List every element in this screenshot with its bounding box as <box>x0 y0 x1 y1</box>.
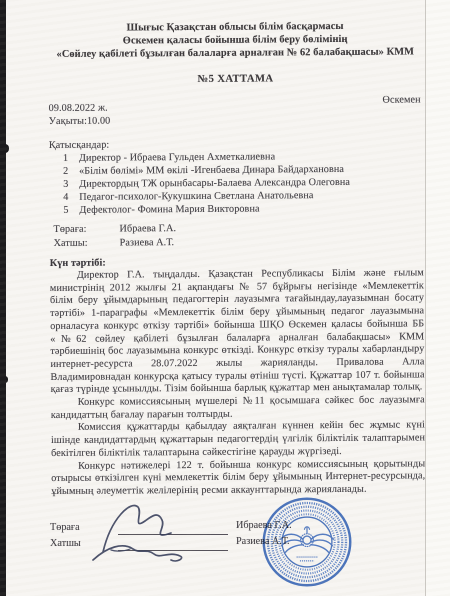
handwritten-signature <box>81 494 236 569</box>
org-header-line3: «Сөйлеу қабілеті бұзылған балаларға арна… <box>48 45 422 61</box>
document-title: №5 ХАТТАМА <box>48 72 422 87</box>
participant-number: 3 <box>63 179 79 192</box>
agenda-paragraph: Конкурс комиссиясының мүшелері №11 қосым… <box>51 394 425 422</box>
chair-name: Ибраева Г.А. <box>119 223 176 234</box>
page-fold-edge <box>425 0 450 596</box>
agenda-paragraph: Комиссия құжаттарды қабылдау аяқталған к… <box>51 420 425 461</box>
time-label: Уақыты:10.00 <box>49 113 423 128</box>
secretary-row: Хатшы:Разиева А.Т. <box>54 237 175 251</box>
agenda-paragraph: Конкурс нәтижелері 122 т. бойынша конкур… <box>51 458 425 499</box>
scan-artifact <box>0 376 8 383</box>
secretary-name: Разиева А.Т. <box>120 237 175 248</box>
participant-name: Дефектолог- Фомина Мария Викторовна <box>79 204 259 218</box>
agenda-body: Директор Г.А. тыңдалды. Қазақстан Респуб… <box>50 267 426 498</box>
participant-row: 5Дефектолог- Фомина Мария Викторовна <box>49 202 423 217</box>
officials-block: Төраға:Ибраева Г.А. Хатшы:Разиева А.Т. <box>48 11 422 14</box>
participant-number: 5 <box>63 205 79 218</box>
secretary-label: Хатшы: <box>54 238 120 251</box>
participant-number: 4 <box>63 192 79 205</box>
participant-name: Директор - Ибраева Гульден Ахметкалиевна <box>79 151 275 165</box>
official-stamp <box>260 495 354 589</box>
signature-chair-label: Төраға <box>50 522 80 533</box>
chair-row: Төраға:Ибраева Г.А. <box>53 223 176 237</box>
participant-number: 1 <box>63 153 79 166</box>
scan-edge-left <box>0 0 6 596</box>
signature-secretary-label: Хатшы <box>50 538 81 549</box>
document-page: Шығыс Қазақстан облысы білім басқармасы … <box>0 0 450 596</box>
agenda-paragraph: Директор Г.А. тыңдалды. Қазақстан Респуб… <box>50 267 425 397</box>
participant-number: 2 <box>63 166 79 179</box>
scan-artifact <box>0 144 9 153</box>
org-header: Шығыс Қазақстан облысы білім басқармасы … <box>48 19 422 61</box>
participant-name: Педагог-психолог-Кукушкина Светлана Анат… <box>79 190 313 204</box>
chair-label: Төраға: <box>53 224 119 237</box>
